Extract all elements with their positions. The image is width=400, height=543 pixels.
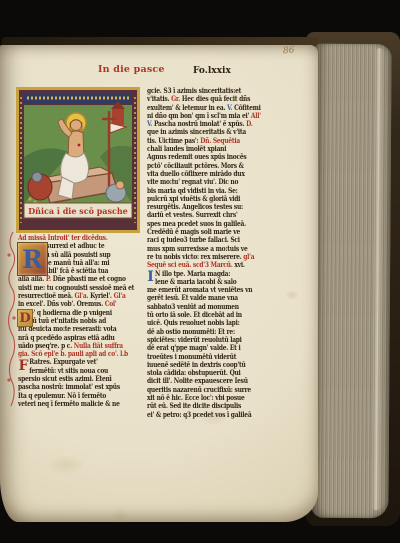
text-segment: Gr. <box>171 95 182 103</box>
text-line: uādo pseq're. p c. Nulla fiāt suffra <box>18 342 146 350</box>
text-line: spersio sicut estis azimi. Etenī <box>18 375 146 383</box>
text-segment: v'itatis. <box>147 95 171 103</box>
text-segment: Credēdū ē magis soli marie ve <box>147 228 240 236</box>
text-segment: Ita q epulemur. Nō ī fermēto <box>18 392 106 400</box>
text-segment: V. <box>227 104 234 112</box>
text-column-right: gcie. S3 ī azimis sinceritatis:etv'itati… <box>147 87 276 419</box>
text-line: dē erat q'ppe magn' valde. Et i <box>147 344 276 352</box>
flourish-dot-1 <box>7 253 10 256</box>
text-line: troeūtes i monumētū viderūt <box>147 353 276 361</box>
text-line: tū orto iā sole. Et dicebāt ad in <box>147 311 276 319</box>
text-segment: in excel'. Dñs vob'. Oremus. <box>18 300 105 308</box>
text-line: exultem' & letemur in ea. V. Cōfitemi <box>147 104 276 112</box>
text-segment: Agnus redemit oues xpūs inocēs <box>147 153 246 161</box>
text-line: fermētū: vt sitis noua cou <box>18 367 157 375</box>
text-segment: veteri neq ī fermēto malicie & ne <box>18 400 120 408</box>
text-segment: Cōfitemi <box>234 104 261 112</box>
initial-letter: I <box>147 270 154 284</box>
text-line: spiciētes: viderūt reuolutū lapi <box>147 336 276 344</box>
photograph-of-open-book: 86 In die pasce Fo.lxxix <box>0 0 400 543</box>
text-segment: Ad missā Introit' ter dicēdus. <box>18 234 108 242</box>
text-segment: gerēt iesū. Et valde mane vna <box>147 294 238 302</box>
text-segment: V. <box>147 120 154 128</box>
initial-letter: R <box>22 247 43 272</box>
text-segment: ei' & petro: q3 pcedet vos ī galileā <box>147 411 251 419</box>
text-line: e' q hodierna die p vnigeni <box>18 309 158 317</box>
text-line: bis maria qd vidisti in via. Se: <box>147 187 276 195</box>
text-segment: Esurrexi et adhuc te <box>42 242 104 250</box>
text-line: me emerūt aromata vt veniētes vn <box>147 286 276 294</box>
text-segment: uicē. Quis reuoluet nobis lapi: <box>147 319 240 327</box>
miniature-caption: Dñica ī die scō pasche <box>28 206 128 216</box>
text-segment: fermētū: vt sitis noua cou <box>29 367 108 375</box>
text-segment: mus xpm surrexisse a mo:tuis ve <box>147 245 247 253</box>
text-segment: bis maria qd vidisti in via. Se: <box>147 187 238 195</box>
soldier-right-head <box>116 181 124 189</box>
text-line: Ratres. Expurgate vet' <box>18 358 157 366</box>
illuminated-initial-I: I <box>146 268 155 285</box>
illuminated-initial-R: R <box>17 242 48 276</box>
text-line: pascha nostrū: immolat' est xpūs <box>18 383 146 391</box>
text-segment: stola cādida: obstupuerūt. Qui <box>147 369 241 377</box>
text-line: que in azimis sinceritatis & v'ita <box>147 128 276 136</box>
text-line: tū tuū et'nitatis nobis ad <box>18 317 158 325</box>
initial-letter: F <box>19 359 29 373</box>
text-line: gerēt iesū. Et valde mane vna <box>147 294 276 302</box>
initial-letter: D <box>19 312 30 325</box>
text-segment: dariū et vestes. Surrexit chrs' <box>147 211 238 219</box>
text-segment: D. <box>246 120 253 128</box>
text-line: gcie. S3 ī azimis sinceritatis:et <box>147 87 276 95</box>
text-line: vite mo:tu' regnat viu'. Dic no <box>147 178 276 186</box>
text-line: N illo tpe. Maria magda: <box>147 270 284 278</box>
text-segment: tū orto iā sole. Et dicebāt ad in <box>147 311 242 319</box>
closed-pages-fore-edge <box>311 44 391 519</box>
text-line: pctō' cōciliauit pctōres. Mors & <box>147 162 276 170</box>
text-line: dariū et vestes. Surrexit chrs' <box>147 211 276 219</box>
turret <box>112 109 124 125</box>
resurrection-miniature: Dñica ī die scō pasche <box>16 87 140 233</box>
text-segment: rūt eū. Sed ite dicite discipulis <box>147 402 241 410</box>
text-segment: Pascha nostrū imolat' ē xpūs. <box>154 120 246 128</box>
text-line: resurgētis. Angelicos testes su: <box>147 203 276 211</box>
text-segment: pulcrū xpi viuētis & gloriā vidi <box>147 195 240 203</box>
text-line: rūt eū. Sed ite dicite discipulis <box>147 402 276 410</box>
text-segment: exultem' & letemur in ea. <box>147 104 227 112</box>
text-segment: gcie. S3 ī azimis sinceritatis:et <box>147 87 241 95</box>
text-line: resurrectioē meā. Gl'a. Kyriel'. Gl'a <box>18 292 146 300</box>
text-segment: vite mo:tu' regnat viu'. Dic no <box>147 178 238 186</box>
plant-dot-1 <box>29 198 32 201</box>
text-line: Ita q epulemur. Nō ī fermēto <box>18 392 146 400</box>
flourish-dot-3 <box>7 378 10 381</box>
text-segment: Hec dies quā fecit dñs <box>182 95 250 103</box>
text-line: dē ab ostio monumēti: Et re: <box>147 328 276 336</box>
printed-folio-number: Fo.lxxix <box>193 66 231 76</box>
text-line: ni dño qm bon' qm ī scl'm mia ei' All' <box>147 112 276 120</box>
text-line: gia. Scō epl'e b. pauli apli ad co'. l.b <box>18 350 146 358</box>
illuminated-initial-F: F <box>17 357 30 374</box>
text-line: itū deuicta mo:te reserasti: vota <box>18 325 146 333</box>
text-segment: tis. Uictime pas': <box>147 137 200 145</box>
text-segment: chali laudes imolēt xpiani <box>147 145 226 153</box>
text-line: Sequē sci euā. scd'3 Marcū. xvi. <box>147 261 276 269</box>
text-segment: ni dño qm bon' qm ī scl'm mia ei' <box>147 112 251 120</box>
text-line: pulcrū xpi viuētis & gloriā vidi <box>147 195 276 203</box>
text-line: nrā q pcedēdo aspiras etiā adiu <box>18 334 146 342</box>
side-wound <box>78 144 81 147</box>
text-segment: resurgētis. Angelicos testes su: <box>147 203 243 211</box>
text-segment: dicit ill'. Nolite expauescere Iesū <box>147 377 248 385</box>
text-segment: uisti me: tu cognouisti sessioē meā et <box>18 284 134 292</box>
illuminated-initial-D: D <box>17 309 33 327</box>
text-segment: troeūtes i monumētū viderūt <box>147 353 236 361</box>
text-segment: pctō' cōciliauit pctōres. Mors & <box>147 162 244 170</box>
text-line: uicē. Quis reuoluet nobis lapi: <box>147 319 276 327</box>
text-segment: Gl'a <box>114 292 126 300</box>
resurrection-miniature-art: Dñica ī die scō pasche <box>16 87 140 233</box>
text-segment: gia. Scō epl'e b. pauli apli ad co'. l.b <box>18 350 128 358</box>
text-line: mus xpm surrexisse a mo:tuis ve <box>147 245 276 253</box>
text-segment: All' <box>251 112 261 120</box>
open-recto-page: 86 In die pasce Fo.lxxix <box>0 45 318 522</box>
text-line: Agnus redemit oues xpūs inocēs <box>147 153 276 161</box>
text-line: vita duello cōflixere mirādo dux <box>147 170 276 178</box>
text-line: tis. Uictime pas': Dñ. Sequētia <box>147 137 276 145</box>
text-line: in excel'. Dñs vob'. Oremus. Col' <box>18 300 146 308</box>
text-segment: Col' <box>105 300 117 308</box>
text-line: dicit ill'. Nolite expauescere Iesū <box>147 377 276 385</box>
text-segment: rabil' fcā ē sciētia tua <box>42 267 108 275</box>
text-segment: queritis nazarenū crucifixū: surre <box>147 386 251 394</box>
text-segment: allā allā. <box>18 275 46 283</box>
text-line: allā allā. P. Dñe pbasti me et cogno <box>18 275 146 283</box>
text-line: Credēdū ē magis soli marie ve <box>147 228 276 236</box>
text-line: xit nō ē hic. Ecce loc': vbi posue <box>147 394 276 402</box>
text-line: re tu nobis victo: rex miserere. gl'a <box>147 253 276 261</box>
text-line: raci q iudeo3 turbe fallaci. Sci <box>147 236 276 244</box>
text-segment: vita duello cōflixere mirādo dux <box>147 170 245 178</box>
text-line: uisti me: tu cognouisti sessioē meā et <box>18 284 146 292</box>
text-segment: Dñe pbasti me et cogno <box>53 275 126 283</box>
text-segment: me emerūt aromata vt veniētes vn <box>147 286 252 294</box>
text-line: iuuenē sedētē in dextris coop'tū <box>147 361 276 369</box>
text-segment: spiciētes: viderūt reuolutū lapi <box>147 336 242 344</box>
text-segment: xit nō ē hic. Ecce loc': vbi posue <box>147 394 245 402</box>
text-line: ei' & petro: q3 pcedet vos ī galileā <box>147 411 276 419</box>
text-segment: spes mea pcedet suos in galileā. <box>147 220 246 228</box>
text-line: chali laudes imolēt xpiani <box>147 145 276 153</box>
text-line: spes mea pcedet suos in galileā. <box>147 220 276 228</box>
text-segment: iuuenē sedētē in dextris coop'tū <box>147 361 246 369</box>
text-line: veteri neq ī fermēto malicie & ne <box>18 400 146 408</box>
text-segment: xvi. <box>234 261 244 269</box>
pencil-folio-number: 86 <box>283 46 295 57</box>
text-segment: gl'a <box>243 253 254 261</box>
text-segment: nrā q pcedēdo aspiras etiā adiu <box>18 334 115 342</box>
text-line: lene & maria iacobi & salo <box>147 278 284 286</box>
text-line: stola cādida: obstupuerūt. Qui <box>147 369 276 377</box>
text-segment: dē erat q'ppe magn' valde. Et i <box>147 344 241 352</box>
text-segment: Kyriel'. <box>90 292 113 300</box>
text-segment: resurrectioē meā. <box>18 292 74 300</box>
text-segment: Ratres. Expurgate vet' <box>29 358 98 366</box>
text-segment: re tu nobis victo: rex miserere. <box>147 253 243 261</box>
text-line: sabbato3 veniūt ad monumen <box>147 303 276 311</box>
text-segment: me manū tuā all'a: mi <box>42 259 109 267</box>
text-segment: Nulla fiāt suffra <box>74 342 123 350</box>
text-segment: sabbato3 veniūt ad monumen <box>147 303 239 311</box>
soldier-left-helmet <box>32 172 42 182</box>
running-title: In die pasce <box>98 64 165 75</box>
text-segment: spersio sicut estis azimi. Etenī <box>18 375 112 383</box>
text-line: v'itatis. Gr. Hec dies quā fecit dñs <box>147 95 276 103</box>
text-segment: que in azimis sinceritatis & v'ita <box>147 128 246 136</box>
text-segment: tū tuū et'nitatis nobis ad <box>30 317 106 325</box>
text-segment: raci q iudeo3 turbe fallaci. Sci <box>147 236 240 244</box>
text-segment: cū sū allā posuisti sup <box>42 251 110 259</box>
text-segment: dē ab ostio monumēti: Et re: <box>147 328 235 336</box>
text-segment: lene & maria iacobi & salo <box>155 278 236 286</box>
text-segment: Sequē sci euā. scd'3 Marcū. <box>147 261 234 269</box>
text-segment: e' q hodierna die p vnigeni <box>30 309 112 317</box>
text-segment: N illo tpe. Maria magda: <box>155 270 230 278</box>
flourish-dot-2 <box>12 316 15 319</box>
text-line: queritis nazarenū crucifixū: surre <box>147 386 276 394</box>
text-segment: Dñ. Sequētia <box>200 137 240 145</box>
text-segment: Gl'a. <box>74 292 90 300</box>
text-segment: pascha nostrū: immolat' est xpūs <box>18 383 120 391</box>
text-line: V. Pascha nostrū imolat' ē xpūs. D. <box>147 120 276 128</box>
text-segment: uādo pseq're. p c. <box>18 342 74 350</box>
